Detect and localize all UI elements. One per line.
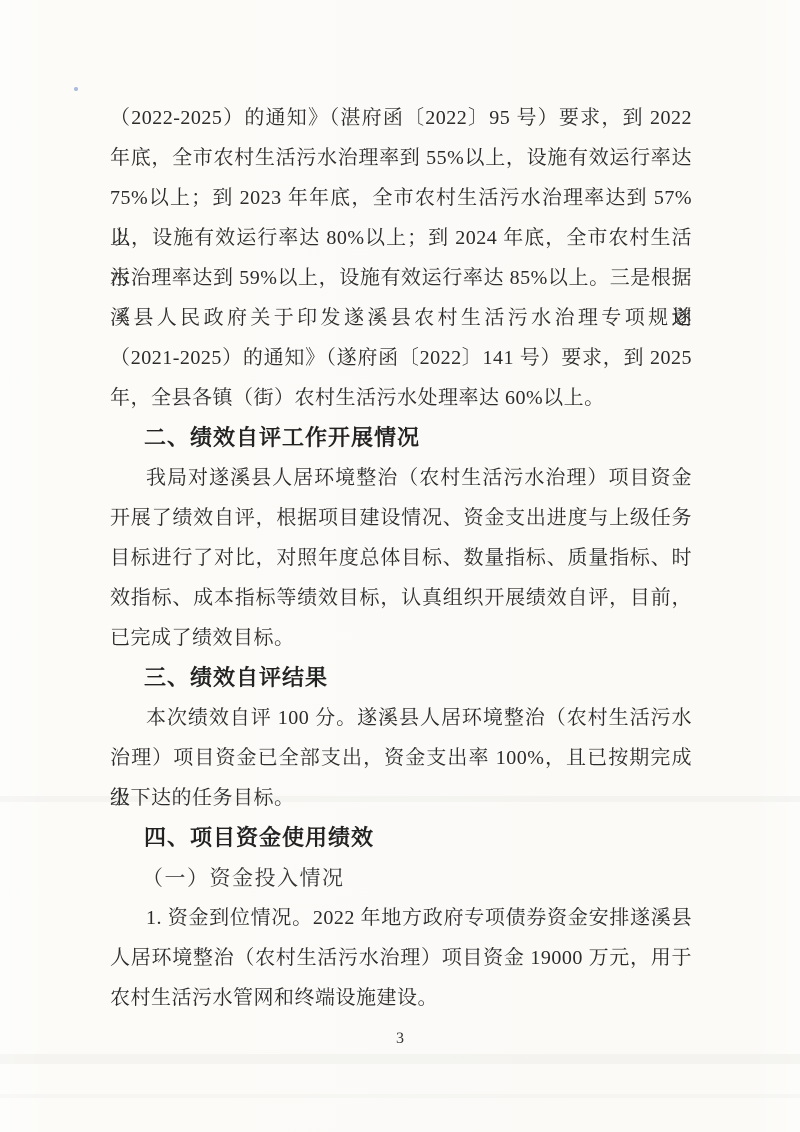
paragraph-line: 开展了绩效自评，根据项目建设情况、资金支出进度与上级任务 xyxy=(110,498,692,538)
paragraph-line: 水治理率达到 59%以上，设施有效运行率达 85%以上。三是根据《遂 xyxy=(110,258,692,298)
paragraph-line: （2022-2025）的通知》（湛府函〔2022〕95 号）要求，到 2022 xyxy=(110,98,692,138)
paragraph-line: 人居环境整治（农村生活污水治理）项目资金 19000 万元，用于 xyxy=(110,938,692,978)
paragraph-line: 目标进行了对比，对照年度总体目标、数量指标、质量指标、时 xyxy=(110,538,692,578)
scan-speck xyxy=(74,87,78,91)
paragraph-line: 已完成了绩效目标。 xyxy=(110,618,692,658)
paragraph-line: （2021-2025）的通知》（遂府函〔2022〕141 号）要求，到 2025 xyxy=(110,338,692,378)
document-page: （2022-2025）的通知》（湛府函〔2022〕95 号）要求，到 2022 … xyxy=(0,0,800,1132)
section-heading-4: 四、项目资金使用绩效 xyxy=(110,818,692,858)
paragraph-line: 上，设施有效运行率达 80%以上；到 2024 年底，全市农村生活污 xyxy=(110,218,692,258)
paragraph-line: 年，全县各镇（街）农村生活污水处理率达 60%以上。 xyxy=(110,378,692,418)
subsection-heading-4-1: （一）资金投入情况 xyxy=(110,858,692,898)
paragraph-line: 农村生活污水管网和终端设施建设。 xyxy=(110,978,692,1018)
scan-streak xyxy=(0,1094,800,1098)
paragraph-line: 效指标、成本指标等绩效目标，认真组织开展绩效自评，目前， xyxy=(110,578,692,618)
paragraph-line: 治理）项目资金已全部支出，资金支出率 100%，且已按期完成上 xyxy=(110,738,692,778)
paragraph-line: 我局对遂溪县人居环境整治（农村生活污水治理）项目资金 xyxy=(110,458,692,498)
document-body: （2022-2025）的通知》（湛府函〔2022〕95 号）要求，到 2022 … xyxy=(110,98,692,1018)
paragraph-line: 年底，全市农村生活污水治理率到 55%以上，设施有效运行率达 xyxy=(110,138,692,178)
paragraph-line: 1. 资金到位情况。2022 年地方政府专项债券资金安排遂溪县 xyxy=(110,898,692,938)
section-heading-2: 二、绩效自评工作开展情况 xyxy=(110,418,692,458)
paragraph-line: 级下达的任务目标。 xyxy=(110,778,692,818)
paragraph-line: 溪县人民政府关于印发遂溪县农村生活污水治理专项规划 xyxy=(110,298,692,338)
paragraph-line: 75%以上；到 2023 年年底，全市农村生活污水治理率达到 57%以 xyxy=(110,178,692,218)
page-number: 3 xyxy=(0,1030,800,1048)
section-heading-3: 三、绩效自评结果 xyxy=(110,658,692,698)
paragraph-line: 本次绩效自评 100 分。遂溪县人居环境整治（农村生活污水 xyxy=(110,698,692,738)
scan-streak xyxy=(0,1054,800,1064)
